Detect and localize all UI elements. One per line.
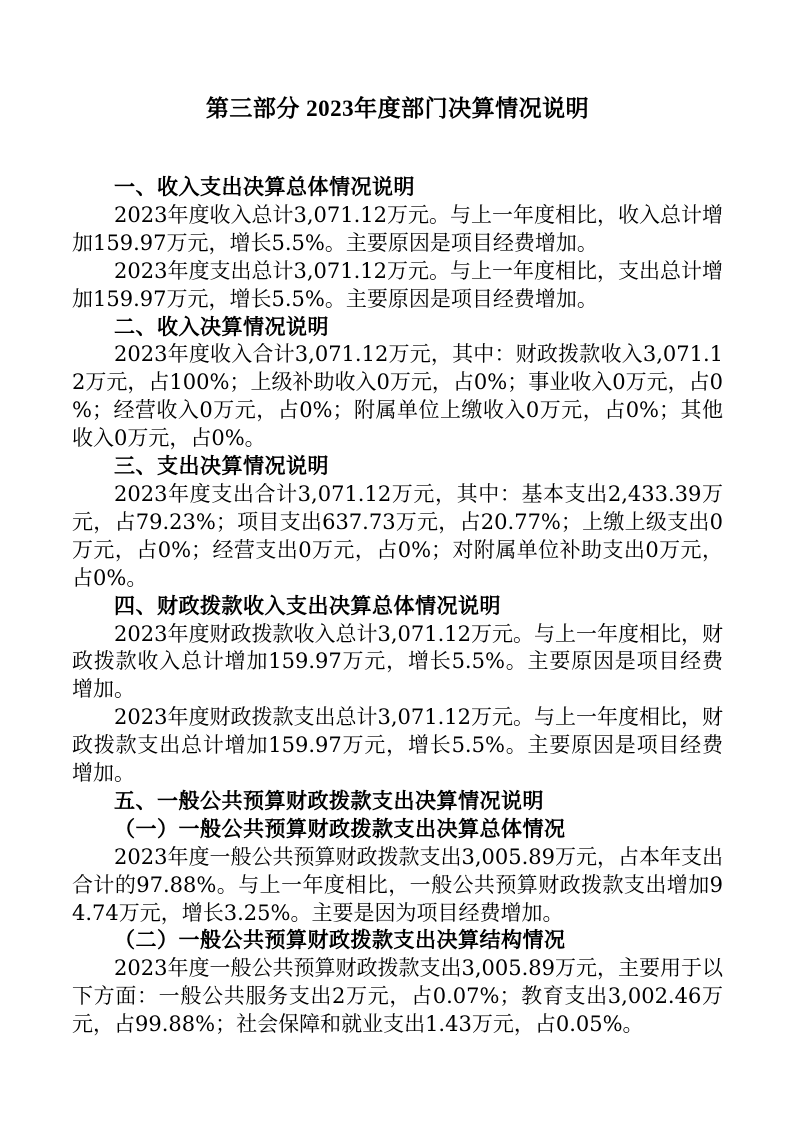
section-heading-income-details: 二、收入决算情况说明 [72, 314, 723, 342]
paragraph-general-budget-overall: 2023年度一般公共预算财政拨款支出3,005.89万元，占本年支出合计的97.… [72, 844, 723, 928]
paragraph-expenditure-total: 2023年度支出总计3,071.12万元。与上一年度相比，支出总计增加159.9… [72, 258, 723, 314]
section-heading-general-public-budget: 五、一般公共预算财政拨款支出决算情况说明 [72, 788, 723, 816]
document-title: 第三部分 2023年度部门决算情况说明 [72, 92, 723, 126]
paragraph-income-breakdown: 2023年度收入合计3,071.12万元，其中：财政拨款收入3,071.12万元… [72, 341, 723, 453]
section-heading-expenditure-details: 三、支出决算情况说明 [72, 453, 723, 481]
section-heading-fiscal-appropriation-overview: 四、财政拨款收入支出决算总体情况说明 [72, 593, 723, 621]
paragraph-expenditure-breakdown: 2023年度支出合计3,071.12万元，其中：基本支出2,433.39万元，占… [72, 481, 723, 593]
document-page: 第三部分 2023年度部门决算情况说明 一、收入支出决算总体情况说明 2023年… [0, 0, 793, 1122]
paragraph-general-budget-structure: 2023年度一般公共预算财政拨款支出3,005.89万元，主要用于以下方面：一般… [72, 955, 723, 1039]
subsection-heading-general-budget-overall: （一）一般公共预算财政拨款支出决算总体情况 [72, 816, 723, 844]
section-heading-income-expenditure-overview: 一、收入支出决算总体情况说明 [72, 174, 723, 202]
subsection-heading-general-budget-structure: （二）一般公共预算财政拨款支出决算结构情况 [72, 927, 723, 955]
paragraph-income-total: 2023年度收入总计3,071.12万元。与上一年度相比，收入总计增加159.9… [72, 202, 723, 258]
paragraph-fiscal-appropriation-income: 2023年度财政拨款收入总计3,071.12万元。与上一年度相比，财政拨款收入总… [72, 621, 723, 705]
paragraph-fiscal-appropriation-expenditure: 2023年度财政拨款支出总计3,071.12万元。与上一年度相比，财政拨款支出总… [72, 704, 723, 788]
